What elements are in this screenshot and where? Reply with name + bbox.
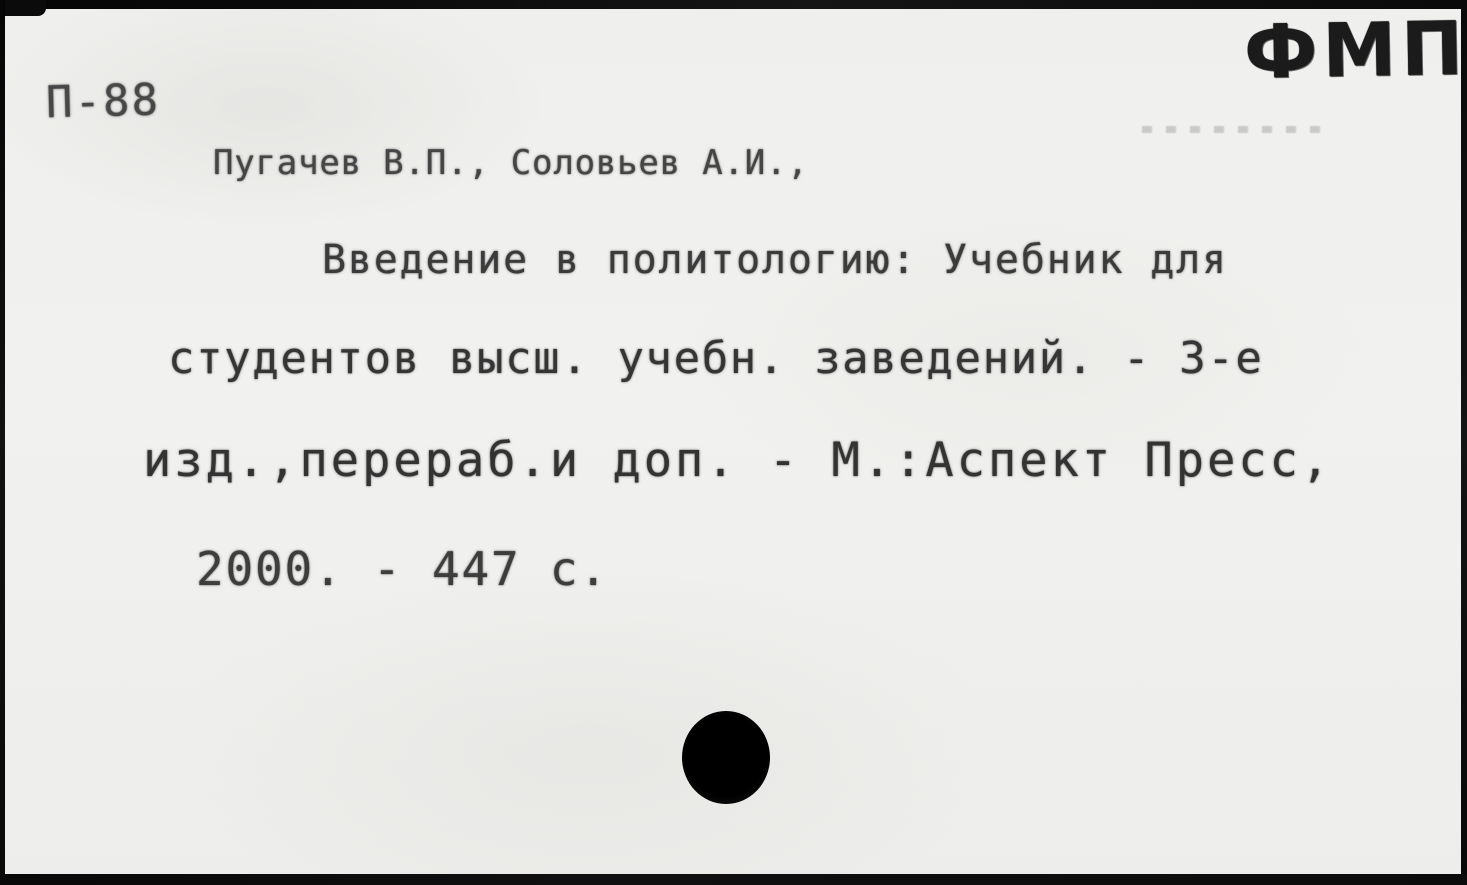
scan-edge-top-notch (0, 0, 46, 16)
scan-edge-right (1461, 0, 1467, 885)
bib-line-year-pages: 2000. - 447 с. (196, 546, 609, 592)
bib-line-authors: Пугачев В.П., Соловьев А.И., (213, 146, 809, 180)
bib-line-audience: студентов высш. учебн. заведений. - 3-е (168, 337, 1264, 381)
bib-line-title: Введение в политологию: Учебник для (322, 240, 1228, 280)
punch-hole-dot (682, 711, 770, 804)
handwritten-corner-mark: ФМП (1243, 12, 1444, 89)
call-number: П-88 (45, 79, 160, 126)
catalog-card: П-88 ФМП Пугачев В.П., Соловьев А.И., Вв… (0, 0, 1467, 885)
scan-edge-bottom (0, 874, 1467, 885)
faint-pencil-marks (1142, 126, 1322, 133)
bib-line-edition-publisher: изд.,перераб.и доп. - М.:Аспект Пресс, (143, 437, 1332, 484)
scan-edge-top (0, 0, 1467, 9)
scan-edge-left (0, 0, 5, 885)
